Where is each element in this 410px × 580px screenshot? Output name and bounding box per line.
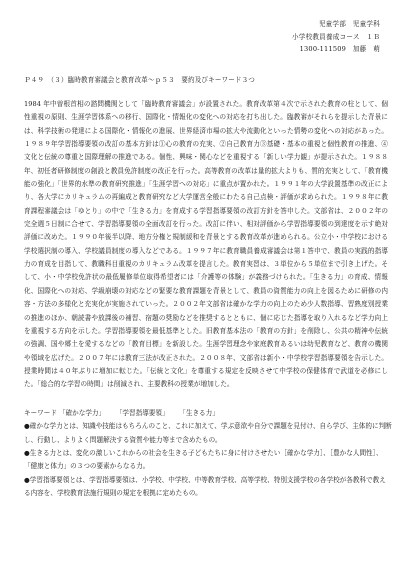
assignment-title: Ｐ４９ （３）臨時教育審議会と教育改革～ｐ５３ 要約及びキーワード３つ: [24, 76, 255, 85]
definition-item: ●確かな学力とは、知識や技能はもちろんのこと、これに加えて、学ぶ意欲や自分で課題…: [24, 420, 392, 447]
summary-paragraph: 1984 年中曽根首相の諮問機関として「臨時教育審議会」が設置された。教育改革第…: [24, 98, 388, 392]
keyword-item: 「確かな学力」: [59, 409, 105, 417]
keyword-section: キーワード「確かな学力」「学習指導要領」「生きる力」 ●確かな学力とは、知識や技…: [24, 407, 392, 500]
definition-item: ●学習指導要領とは、学習指導要領は、小学校、中学校、中等教育学校、高等学校、特別…: [24, 474, 392, 501]
keyword-label: キーワード: [24, 409, 57, 417]
course-label: 小学校教員養成コース １Ｂ: [292, 31, 380, 44]
keyword-list: キーワード「確かな学力」「学習指導要領」「生きる力」: [24, 407, 392, 420]
author-info: 児童学部 児童学科 小学校教員養成コース １Ｂ 1300-111509 加藤 萌: [292, 18, 380, 56]
student-id-name: 1300-111509 加藤 萌: [292, 43, 380, 56]
definition-item: ●生きる力とは、変化の激しいこれからの社会を生きる子どもたちに身に付けさせたい［…: [24, 447, 392, 474]
department-label: 児童学部 児童学科: [292, 18, 380, 31]
document-page: 児童学部 児童学科 小学校教員養成コース １Ｂ 1300-111509 加藤 萌…: [0, 0, 410, 580]
keyword-item: 「学習指導要領」: [119, 409, 168, 417]
keyword-item: 「生きる力」: [183, 409, 219, 417]
definition-text: 確かな学力とは、知識や技能はもちろんのこと、これに加えて、学ぶ意欲や自分で課題を…: [24, 422, 392, 443]
definition-text: 生きる力とは、変化の激しいこれからの社会を生きる子どもたちに身に付けさせたい［確…: [24, 449, 383, 470]
definition-text: 学習指導要領とは、学習指導要領は、小学校、中学校、中等教育学校、高等学校、特別支…: [24, 476, 386, 497]
